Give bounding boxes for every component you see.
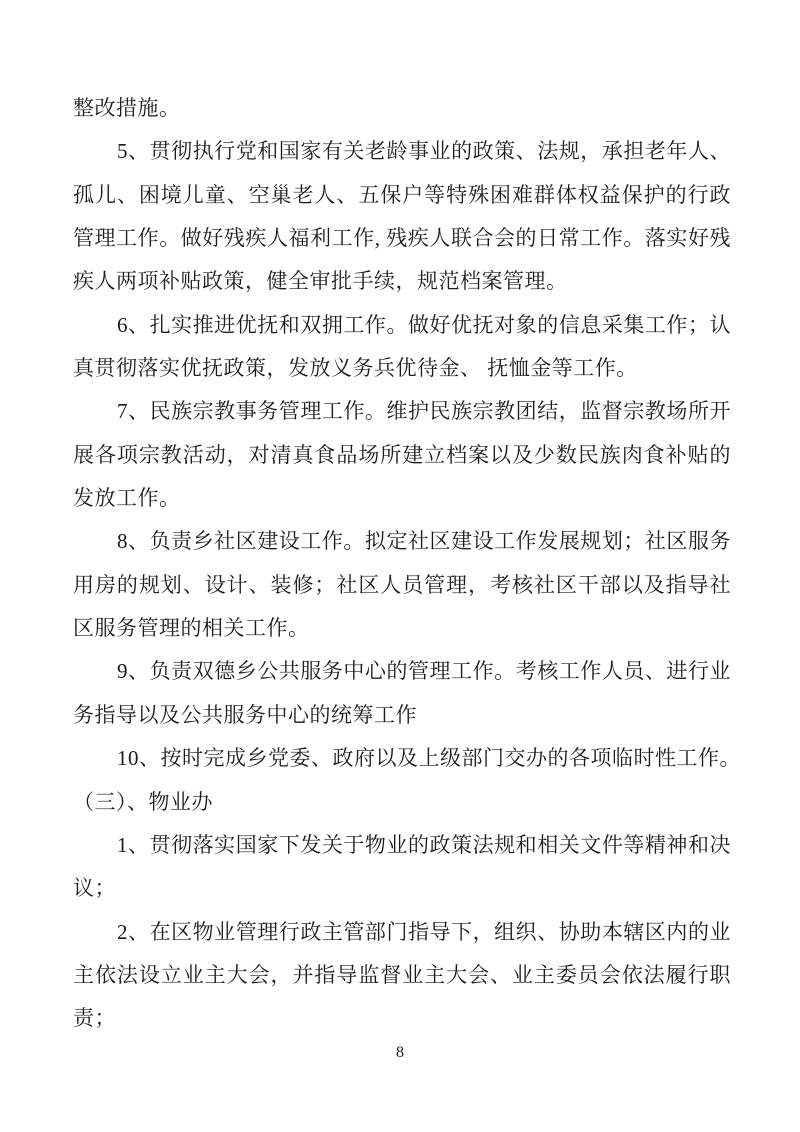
text-line: 8、负责乡社区建设工作。拟定社区建设工作发展规划；社区服务 bbox=[73, 520, 731, 563]
page-number: 8 bbox=[396, 1044, 404, 1061]
text-line: 9、负责双德乡公共服务中心的管理工作。考核工作人员、进行业 bbox=[73, 650, 731, 693]
section-heading: （三）、物业办 bbox=[73, 781, 731, 824]
text-line: 6、扎实推进优抚和双拥工作。做好优抚对象的信息采集工作；认 bbox=[73, 304, 731, 347]
text-line: 整改措施。 bbox=[73, 87, 731, 130]
text-block: 整改措施。 5、贯彻执行党和国家有关老龄事业的政策、法规，承担老年人、 孤儿、困… bbox=[73, 87, 731, 1041]
text-line: 发放工作。 bbox=[73, 477, 731, 520]
document-page: 整改措施。 5、贯彻执行党和国家有关老龄事业的政策、法规，承担老年人、 孤儿、困… bbox=[0, 0, 800, 1132]
text-line: 1、贯彻落实国家下发关于物业的政策法规和相关文件等精神和决 bbox=[73, 824, 731, 867]
text-line: 5、贯彻执行党和国家有关老龄事业的政策、法规，承担老年人、 bbox=[73, 130, 731, 173]
text-line: 责； bbox=[73, 997, 731, 1040]
text-line: 展各项宗教活动，对清真食品场所建立档案以及少数民族肉食补贴的 bbox=[73, 434, 731, 477]
text-line: 疾人两项补贴政策，健全审批手续，规范档案管理。 bbox=[73, 260, 731, 303]
page-footer: 8 bbox=[0, 1042, 800, 1064]
text-line: 真贯彻落实优抚政策，发放义务兵优待金、 抚恤金等工作。 bbox=[73, 347, 731, 390]
text-line: 孤儿、困境儿童、空巢老人、五保户等特殊困难群体权益保护的行政 bbox=[73, 174, 731, 217]
text-line: 务指导以及公共服务中心的统筹工作 bbox=[73, 694, 731, 737]
text-line: 主依法设立业主大会，并指导监督业主大会、业主委员会依法履行职 bbox=[73, 954, 731, 997]
text-line: 2、在区物业管理行政主管部门指导下，组织、协助本辖区内的业 bbox=[73, 911, 731, 954]
text-line: 10、按时完成乡党委、政府以及上级部门交办的各项临时性工作。 bbox=[73, 737, 731, 780]
text-line: 7、民族宗教事务管理工作。维护民族宗教团结，监督宗教场所开 bbox=[73, 390, 731, 433]
text-line: 区服务管理的相关工作。 bbox=[73, 607, 731, 650]
text-line: 议； bbox=[73, 867, 731, 910]
text-line: 用房的规划、设计、装修；社区人员管理，考核社区干部以及指导社 bbox=[73, 564, 731, 607]
text-line: 管理工作。做好残疾人福利工作, 残疾人联合会的日常工作。落实好残 bbox=[73, 217, 731, 260]
